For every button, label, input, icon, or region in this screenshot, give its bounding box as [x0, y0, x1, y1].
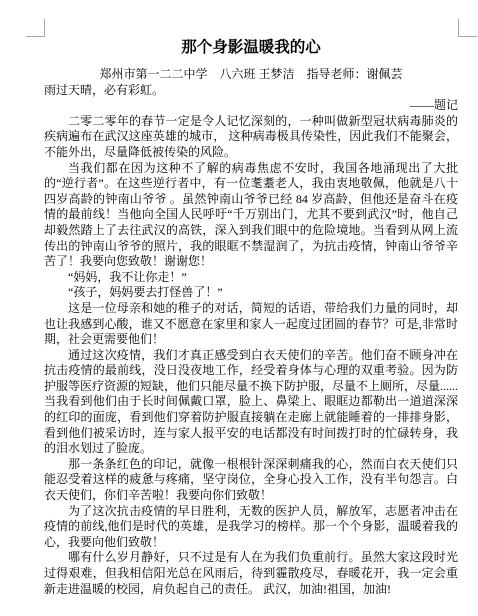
- epigraph: 雨过天晴，必有彩虹。: [44, 83, 458, 99]
- paragraph: “孩子，妈妈要去打怪兽了！”: [44, 285, 458, 301]
- paragraph: 这是一位母亲和她的稚子的对话，简短的话语，带给我们力量的同时，却也让我感到心酸，…: [44, 301, 458, 348]
- paragraph: 为了这次抗击疫情的早日胜利，无数的医护人员，解放军，志愿者冲击在疫情的前线,他们…: [44, 504, 458, 551]
- epigraph-attribution: ——题记: [44, 98, 458, 114]
- document-content: 那个身影温暖我的心 郑州市第一二二中学 八六班 王梦洁 指导老师：谢佩芸 雨过天…: [44, 36, 458, 597]
- margin-crop-mark-top-right-icon: [458, 19, 477, 37]
- paragraph: 二零二零年的春节一定是令人记忆深刻的，一种叫做新型冠状病毒肺炎的疾病遍布在武汉这…: [44, 114, 458, 161]
- paragraph: 那一条条红色的印记，就像一根根针深深刺痛我的心，然而白衣天使们只能忍受着这样的疲…: [44, 457, 458, 504]
- paragraph: 哪有什么岁月静好，只不过是有人在为我们负重前行。虽然大家这段时光过得艰难，但我相…: [44, 550, 458, 597]
- paragraph: 通过这次疫情，我们才真正感受到白衣天使们的辛苦。他们奋不顾身冲在抗击疫情的最前线…: [44, 348, 458, 457]
- paragraph: 当我们都在因为这种不了解的病毒焦虑不安时，我国各地涌现出了大批的“逆行者”。在这…: [44, 161, 458, 270]
- paragraph: “妈妈，我不让你走！”: [44, 270, 458, 286]
- document-page: 那个身影温暖我的心 郑州市第一二二中学 八六班 王梦洁 指导老师：谢佩芸 雨过天…: [0, 0, 478, 616]
- page-title: 那个身影温暖我的心: [44, 39, 458, 56]
- body-paragraphs: 二零二零年的春节一定是令人记忆深刻的，一种叫做新型冠状病毒肺炎的疾病遍布在武汉这…: [44, 114, 458, 597]
- margin-crop-mark-top-left-icon: [26, 19, 45, 37]
- byline: 郑州市第一二二中学 八六班 王梦洁 指导老师：谢佩芸: [44, 67, 458, 83]
